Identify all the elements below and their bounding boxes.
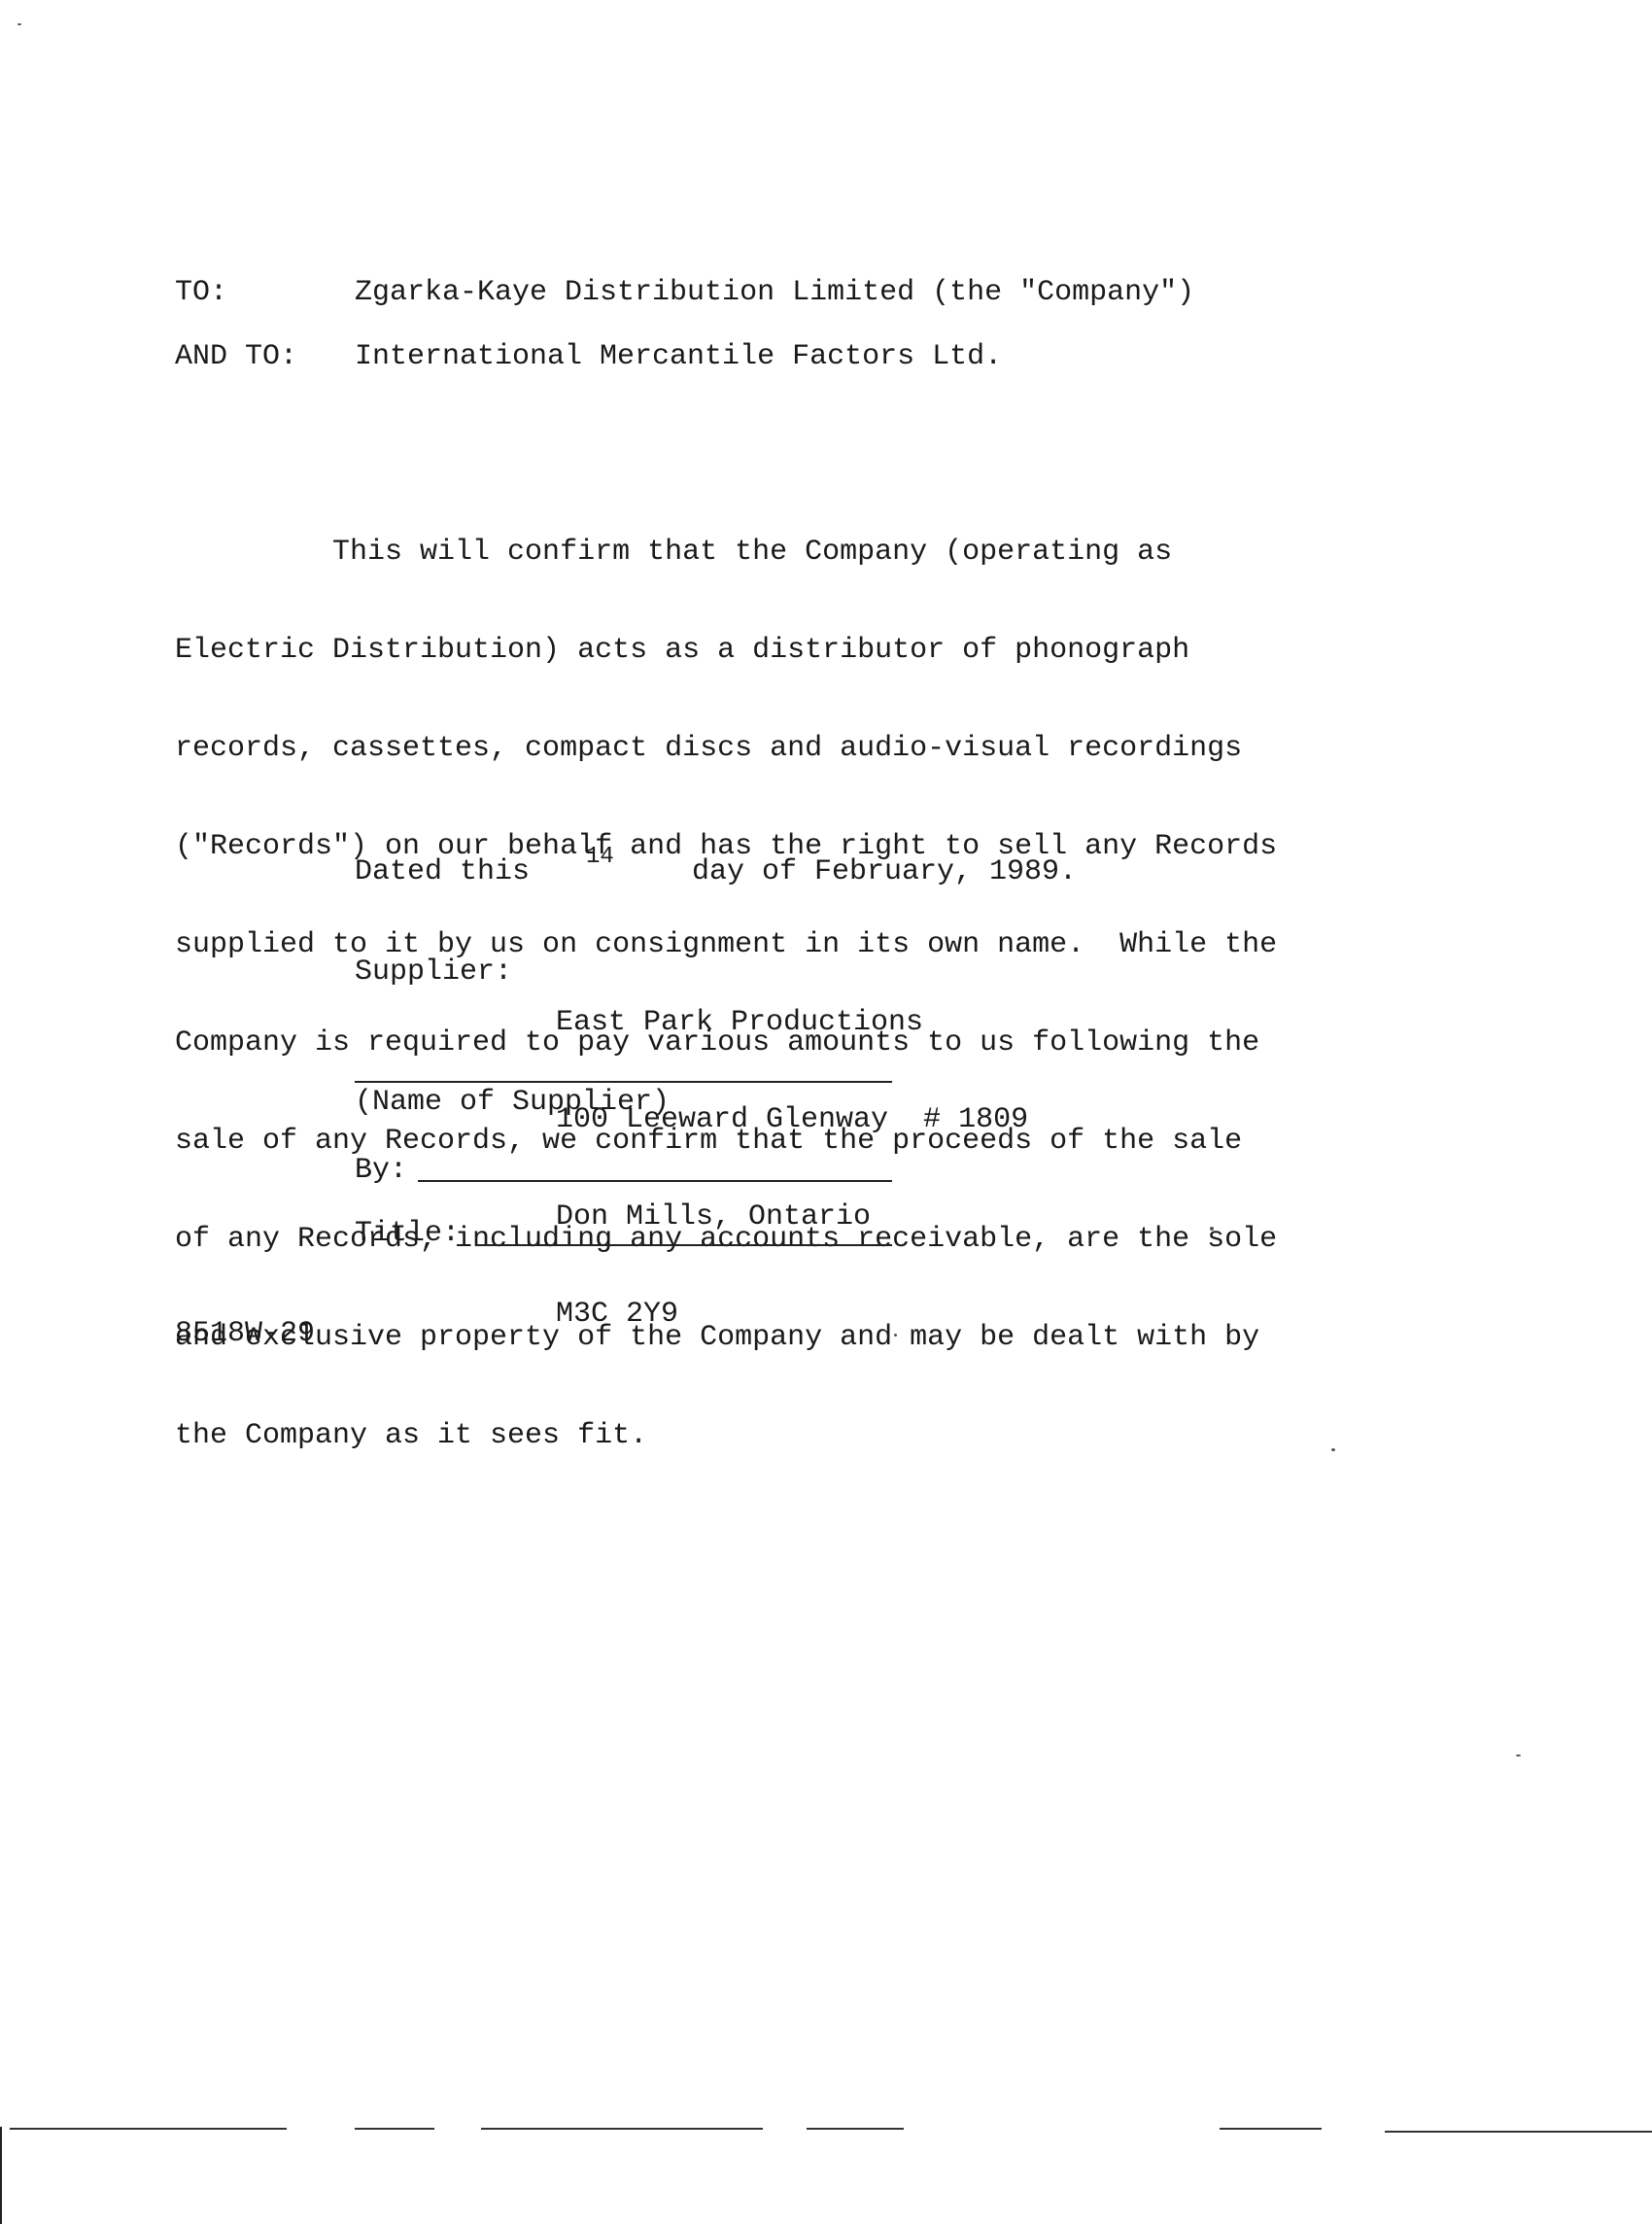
body-line: Electric Distribution) acts as a distrib…: [175, 635, 1277, 667]
addressee-to-name: Zgarka-Kaye Distribution Limited (the "C…: [355, 276, 1194, 309]
reference-code: 8518W-29: [175, 1317, 315, 1350]
addressee-and-to-name: International Mercantile Factors Ltd.: [355, 340, 1002, 373]
bottom-scan-line: [807, 2128, 904, 2130]
bottom-scan-line: [1385, 2131, 1652, 2133]
left-scan-edge: [0, 2127, 2, 2224]
scan-speck: [17, 23, 21, 25]
by-label: By:: [355, 1154, 407, 1187]
scan-speck: [1331, 1448, 1335, 1451]
addressee-and-to-label: AND TO:: [175, 340, 297, 373]
supplier-name: East Park Productions: [556, 1007, 1028, 1038]
dated-day: 14: [586, 844, 614, 870]
supplier-postal-code: M3C 2Y9: [556, 1299, 1028, 1330]
dated-prefix: Dated this: [355, 855, 530, 888]
body-line: This will confirm that the Company (oper…: [175, 537, 1277, 569]
supplier-address: East Park Productions 100 Leeward Glenwa…: [556, 941, 1028, 1396]
scan-speck: [894, 1334, 897, 1337]
supplier-caption: (Name of Supplier): [355, 1086, 670, 1119]
title-label: Title:: [355, 1217, 460, 1250]
scan-speck: [1516, 1755, 1521, 1756]
title-signature-line[interactable]: [476, 1244, 892, 1246]
by-signature-line[interactable]: [418, 1180, 892, 1182]
body-line: the Company as it sees fit.: [175, 1420, 1277, 1452]
body-line: records, cassettes, compact discs and au…: [175, 733, 1277, 765]
supplier-city: Don Mills, Ontario: [556, 1201, 1028, 1233]
bottom-scan-line: [481, 2128, 763, 2130]
dated-suffix: day of February, 1989.: [692, 855, 1077, 888]
bottom-scan-line: [10, 2128, 287, 2130]
supplier-label: Supplier:: [355, 956, 512, 989]
scan-speck: [1210, 1227, 1214, 1231]
bottom-scan-line: [355, 2128, 434, 2130]
supplier-name-rule: [355, 1081, 892, 1083]
addressee-to-label: TO:: [175, 276, 227, 309]
bottom-scan-line: [1220, 2128, 1322, 2130]
